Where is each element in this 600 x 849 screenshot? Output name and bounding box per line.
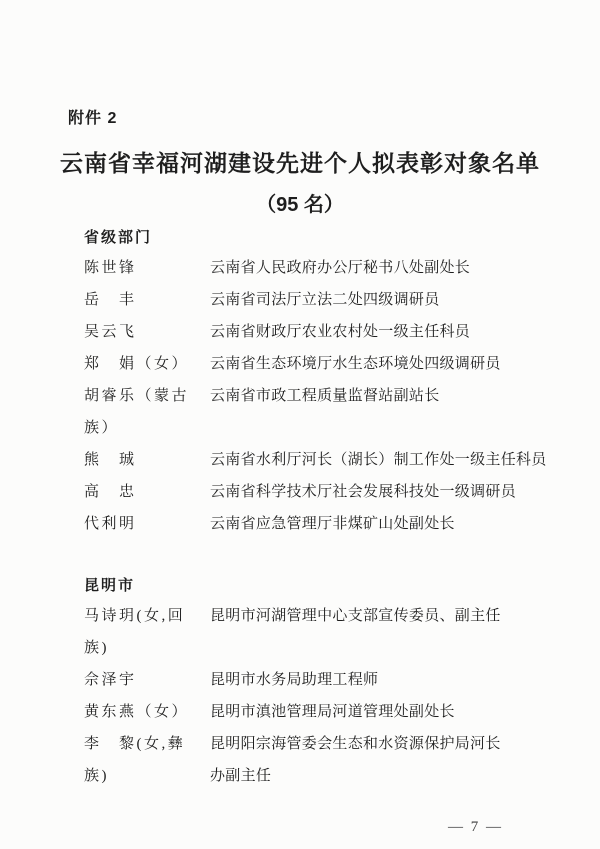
entry-row: 熊 珹 云南省水利厅河长（湖长）制工作处一级主任科员 (84, 444, 600, 476)
section-heading-kunming: 昆明市 (84, 576, 600, 596)
entry-position: 云南省财政厅农业农村处一级主任科员 (210, 316, 556, 348)
entry-row: 郑 娟（女） 云南省生态环境厅水生态环境处四级调研员 (84, 348, 600, 380)
entry-name: 吴云飞 (84, 316, 210, 348)
entry-row: 高 忠 云南省科学技术厅社会发展科技处一级调研员 (84, 476, 600, 508)
entry-position: 云南省科学技术厅社会发展科技处一级调研员 (210, 476, 556, 508)
section-heading-provincial: 省级部门 (84, 228, 600, 248)
entry-position: 昆明阳宗海管委会生态和水资源保护局河长 办副主任 (210, 728, 556, 792)
entry-row: 代利明 云南省应急管理厅非煤矿山处副处长 (84, 508, 600, 540)
section-provincial: 省级部门 陈世锋 云南省人民政府办公厅秘书八处副处长 岳 丰 云南省司法厅立法二… (0, 228, 600, 540)
entry-position: 昆明市水务局助理工程师 (210, 664, 556, 696)
entry-row: 李 黎(女,彝族) 昆明阳宗海管委会生态和水资源保护局河长 办副主任 (84, 728, 600, 792)
entry-position: 云南省市政工程质量监督站副站长 (210, 380, 556, 444)
entry-name: 黄东燕（女） (84, 696, 210, 728)
entry-name: 陈世锋 (84, 252, 210, 284)
section-kunming: 昆明市 马诗玥(女,回族) 昆明市河湖管理中心支部宣传委员、副主任 佘泽宇 昆明… (0, 576, 600, 792)
entry-position: 昆明市滇池管理局河道管理处副处长 (210, 696, 556, 728)
entry-position: 昆明市河湖管理中心支部宣传委员、副主任 (210, 600, 556, 664)
entry-position: 云南省应急管理厅非煤矿山处副处长 (210, 508, 556, 540)
entry-name: 李 黎(女,彝族) (84, 728, 210, 792)
entry-row: 胡睿乐（蒙古族） 云南省市政工程质量监督站副站长 (84, 380, 600, 444)
document-page: 附件 2 云南省幸福河湖建设先进个人拟表彰对象名单 （95 名） 省级部门 陈世… (0, 0, 600, 849)
entry-row: 岳 丰 云南省司法厅立法二处四级调研员 (84, 284, 600, 316)
entry-name: 高 忠 (84, 476, 210, 508)
kunming-entry-list: 马诗玥(女,回族) 昆明市河湖管理中心支部宣传委员、副主任 佘泽宇 昆明市水务局… (84, 600, 600, 792)
entry-row: 黄东燕（女） 昆明市滇池管理局河道管理处副处长 (84, 696, 600, 728)
page-number: — 7 — (0, 816, 600, 838)
document-title: 云南省幸福河湖建设先进个人拟表彰对象名单 (30, 146, 570, 180)
entry-position: 云南省水利厅河长（湖长）制工作处一级主任科员 (210, 444, 556, 476)
entry-name: 佘泽宇 (84, 664, 210, 696)
entry-name: 熊 珹 (84, 444, 210, 476)
entry-row: 吴云飞 云南省财政厅农业农村处一级主任科员 (84, 316, 600, 348)
entry-position: 云南省生态环境厅水生态环境处四级调研员 (210, 348, 556, 380)
entry-row: 陈世锋 云南省人民政府办公厅秘书八处副处长 (84, 252, 600, 284)
entry-name: 郑 娟（女） (84, 348, 210, 380)
entry-row: 马诗玥(女,回族) 昆明市河湖管理中心支部宣传委员、副主任 (84, 600, 600, 664)
entry-row: 佘泽宇 昆明市水务局助理工程师 (84, 664, 600, 696)
entry-position: 云南省人民政府办公厅秘书八处副处长 (210, 252, 556, 284)
provincial-entry-list: 陈世锋 云南省人民政府办公厅秘书八处副处长 岳 丰 云南省司法厅立法二处四级调研… (84, 252, 600, 540)
entry-name: 马诗玥(女,回族) (84, 600, 210, 664)
attachment-label: 附件 2 (68, 108, 600, 130)
entry-name: 胡睿乐（蒙古族） (84, 380, 210, 444)
entry-position: 云南省司法厅立法二处四级调研员 (210, 284, 556, 316)
document-subtitle: （95 名） (0, 190, 600, 220)
entry-name: 代利明 (84, 508, 210, 540)
entry-name: 岳 丰 (84, 284, 210, 316)
